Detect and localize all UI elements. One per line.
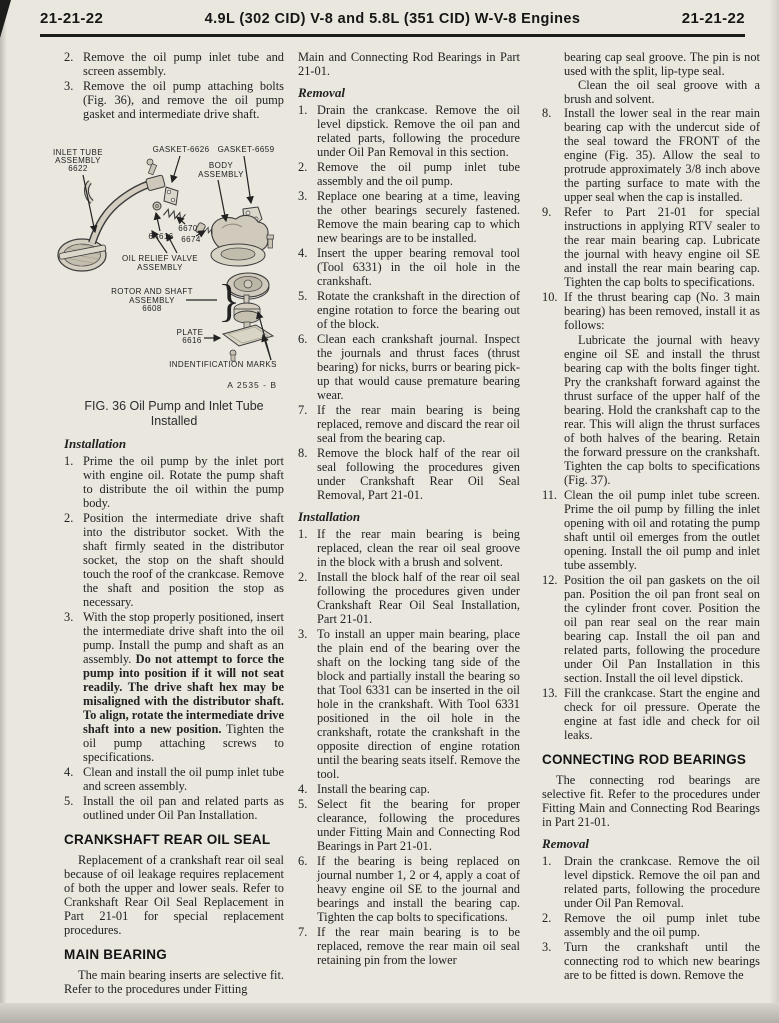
item-text: Position the oil pan gaskets on the oil … [564,573,760,685]
identification-marks-label: INDENTIFICATION MARKS [169,360,277,369]
paragraph: The connecting rod bearings are selectiv… [542,773,760,829]
list-item: 5.Rotate the crankshaft in the direction… [298,289,520,331]
item-text: Prime the oil pump by the inlet port wit… [83,454,284,510]
section-heading-connecting-rod-bearings: CONNECTING ROD BEARINGS [542,753,760,767]
svg-text:6608: 6608 [142,304,162,313]
manual-page: 21-21-22 4.9L (302 CID) V-8 and 5.8L (35… [0,0,779,1023]
item-number: 4. [298,246,317,288]
gasket-6626-illustration [164,187,178,205]
item-text: If the thrust bearing cap (No. 3 main be… [564,290,760,487]
item-number: 6. [298,854,317,924]
item-number: 9. [542,205,564,289]
item-text: Turn the crankshaft until the connecting… [564,940,760,982]
list-item: 2.Remove the oil pump inlet tube assembl… [542,911,760,939]
figure-caption: FIG. 36 Oil Pump and Inlet Tube Installe… [64,399,284,429]
list-item: 3. Remove the oil pump attaching bolts (… [64,79,284,121]
item-text: Fill the crankcase. Start the engine and… [564,686,760,742]
continuation-paragraph: bearing cap seal groove. The pin is not … [564,50,760,78]
item-number: 8. [542,106,564,204]
item-sub-paragraph: Lubricate the journal with heavy engine … [564,333,760,487]
scan-shadow-left [0,0,7,1023]
item-number: 1. [64,454,83,510]
item-text: Clean and install the oil pump inlet tub… [83,765,284,793]
item-text: Insert the upper bearing removal tool (T… [317,246,520,288]
removal-heading: Removal [542,837,760,851]
list-item: 5.Select fit the bearing for proper clea… [298,797,520,853]
item-number: 13. [542,686,564,742]
item-number: 2. [298,160,317,188]
item-text: Remove the block half of the rear oil se… [317,446,520,502]
column-3: bearing cap seal groove. The pin is not … [542,50,760,983]
list-item: 6.If the bearing is being replaced on jo… [298,854,520,924]
svg-text:6616: 6616 [182,336,202,345]
item-text: Position the intermediate drive shaft in… [83,511,284,609]
list-item: 1. Prime the oil pump by the inlet port … [64,454,284,510]
page-title: 4.9L (302 CID) V-8 and 5.8L (351 CID) W-… [150,11,635,27]
item-number: 3. [298,627,317,781]
figure-ref-code: A 2535 - B [227,380,277,390]
item-number: 3. [298,189,317,245]
list-item: 13.Fill the crankcase. Start the engine … [542,686,760,742]
list-item: 2.Remove the oil pump inlet tube assembl… [298,160,520,188]
item-text: Clean the oil pump inlet tube screen. Pr… [564,488,760,572]
item-number: 1. [542,854,564,910]
item-number: 8. [298,446,317,502]
svg-text:6622: 6622 [68,164,88,173]
item-number: 2. [298,570,317,626]
item-text: If the rear main bearing is being replac… [317,527,520,569]
relief-valve-label: OIL RELIEF VALVE [122,254,198,263]
item-text: Rotate the crankshaft in the direction o… [317,289,520,331]
item-number: 4. [64,765,83,793]
item-number: 6. [298,332,317,402]
svg-text:ASSEMBLY: ASSEMBLY [137,263,183,272]
item-text: Remove the oil pump inlet tube and scree… [83,50,284,78]
list-item: 8.Remove the block half of the rear oil … [298,446,520,502]
installation-heading: Installation [64,437,284,451]
pump-body-illustration [211,215,274,266]
item-text: If the bearing is being replaced on jour… [317,854,520,924]
item-text: Refer to Part 21-01 for special instruct… [564,205,760,289]
installation-heading: Installation [298,510,520,524]
item-number: 4. [298,782,317,796]
item-text: Install the oil pan and related parts as… [83,794,284,822]
list-item: 3.Turn the crankshaft until the connecti… [542,940,760,982]
list-item: 8.Install the lower seal in the rear mai… [542,106,760,204]
item-text-main: If the thrust bearing cap (No. 3 main be… [564,290,760,332]
list-item: 3.Replace one bearing at a time, leaving… [298,189,520,245]
scan-shadow-bottom [0,1003,779,1023]
list-item: 11.Clean the oil pump inlet tube screen.… [542,488,760,572]
item-number: 11. [542,488,564,572]
section-heading-main-bearing: MAIN BEARING [64,948,284,962]
paragraph: The main bearing inserts are selective f… [64,968,284,996]
item-text: If the rear main bearing is being replac… [317,403,520,445]
item-text: Remove the oil pump inlet tube assembly … [564,911,760,939]
item-text: Drain the crankcase. Remove the oil leve… [317,103,520,159]
page-header: 21-21-22 4.9L (302 CID) V-8 and 5.8L (35… [40,10,745,37]
item-number: 3. [64,79,83,121]
part-6a616-label: 6A616 [148,232,173,241]
paragraph: Replacement of a crankshaft rear oil sea… [64,853,284,937]
rotor-brace: } [218,275,240,326]
list-item: 1.Drain the crankcase. Remove the oil le… [298,103,520,159]
item-text: Replace one bearing at a time, leaving t… [317,189,520,245]
item-text: Remove the oil pump attaching bolts (Fig… [83,79,284,121]
item-text: Clean each crankshaft journal. Inspect t… [317,332,520,402]
item-text: If the rear main bearing is to be replac… [317,925,520,967]
item-number: 7. [298,403,317,445]
list-item: 12.Position the oil pan gaskets on the o… [542,573,760,685]
item-text: With the stop properly positioned, inser… [83,610,284,764]
item-number: 1. [298,527,317,569]
rotor-label: ROTOR AND SHAFT [111,287,193,296]
item-number: 1. [298,103,317,159]
list-item: 2. Remove the oil pump inlet tube and sc… [64,50,284,78]
part-6674-label: 6674 [181,235,201,244]
list-item: 3.To install an upper main bearing, plac… [298,627,520,781]
column-1: 2. Remove the oil pump inlet tube and sc… [64,50,284,996]
item-number: 2. [64,511,83,609]
item-number: 3. [542,940,564,982]
list-item: 2. Position the intermediate drive shaft… [64,511,284,609]
item-number: 10. [542,290,564,487]
item-number: 12. [542,573,564,685]
item-number: 5. [298,797,317,853]
svg-text:ASSEMBLY: ASSEMBLY [198,170,244,179]
list-item: 5. Install the oil pan and related parts… [64,794,284,822]
item-number: 5. [64,794,83,822]
item-text: Install the lower seal in the rear main … [564,106,760,204]
list-item: 1.If the rear main bearing is being repl… [298,527,520,569]
paragraph: Clean the oil seal groove with a brush a… [564,78,760,106]
list-item: 7.If the rear main bearing is being repl… [298,403,520,445]
list-item: 4.Install the bearing cap. [298,782,520,796]
item-text: To install an upper main bearing, place … [317,627,520,781]
list-item: 10. If the thrust bearing cap (No. 3 mai… [542,290,760,487]
part-6670-label: 6670 [178,224,198,233]
item-text: Install the bearing cap. [317,782,520,796]
list-item: 4. Clean and install the oil pump inlet … [64,765,284,793]
scan-corner-artifact [0,0,11,38]
gasket-6626-label: GASKET-6626 [153,145,210,154]
list-item: 4.Insert the upper bearing removal tool … [298,246,520,288]
item-text: Remove the oil pump inlet tube assembly … [317,160,520,188]
item-number: 5. [298,289,317,331]
item-number: 7. [298,925,317,967]
body-assembly-label: BODY [209,161,234,170]
item-text: Install the block half of the rear oil s… [317,570,520,626]
column-2: Main and Connecting Rod Bearings in Part… [298,50,520,968]
item-text: Select fit the bearing for proper cleara… [317,797,520,853]
item-text: Drain the crankcase. Remove the oil leve… [564,854,760,910]
list-item: 1.Drain the crankcase. Remove the oil le… [542,854,760,910]
continuation-paragraph: Main and Connecting Rod Bearings in Part… [298,50,520,78]
figure-36-oil-pump-diagram: } INLET TUBE ASSEMBLY 6622 GASKET-6626 G… [40,127,285,398]
page-number-right: 21-21-22 [635,10,745,27]
list-item: 6.Clean each crankshaft journal. Inspect… [298,332,520,402]
oil-pump-exploded-view: } INLET TUBE ASSEMBLY 6622 GASKET-6626 G… [40,127,285,395]
gasket-6659-label: GASKET-6659 [218,145,275,154]
list-item: 3. With the stop properly positioned, in… [64,610,284,764]
page-number-left: 21-21-22 [40,10,150,27]
removal-heading: Removal [298,86,520,100]
list-item: 7.If the rear main bearing is to be repl… [298,925,520,967]
item-number: 2. [64,50,83,78]
item-number: 3. [64,610,83,764]
list-item: 2.Install the block half of the rear oil… [298,570,520,626]
item-number: 2. [542,911,564,939]
scan-shadow-right [769,0,779,1023]
section-heading-crankshaft-rear-oil-seal: CRANKSHAFT REAR OIL SEAL [64,833,284,847]
list-item: 9.Refer to Part 21-01 for special instru… [542,205,760,289]
